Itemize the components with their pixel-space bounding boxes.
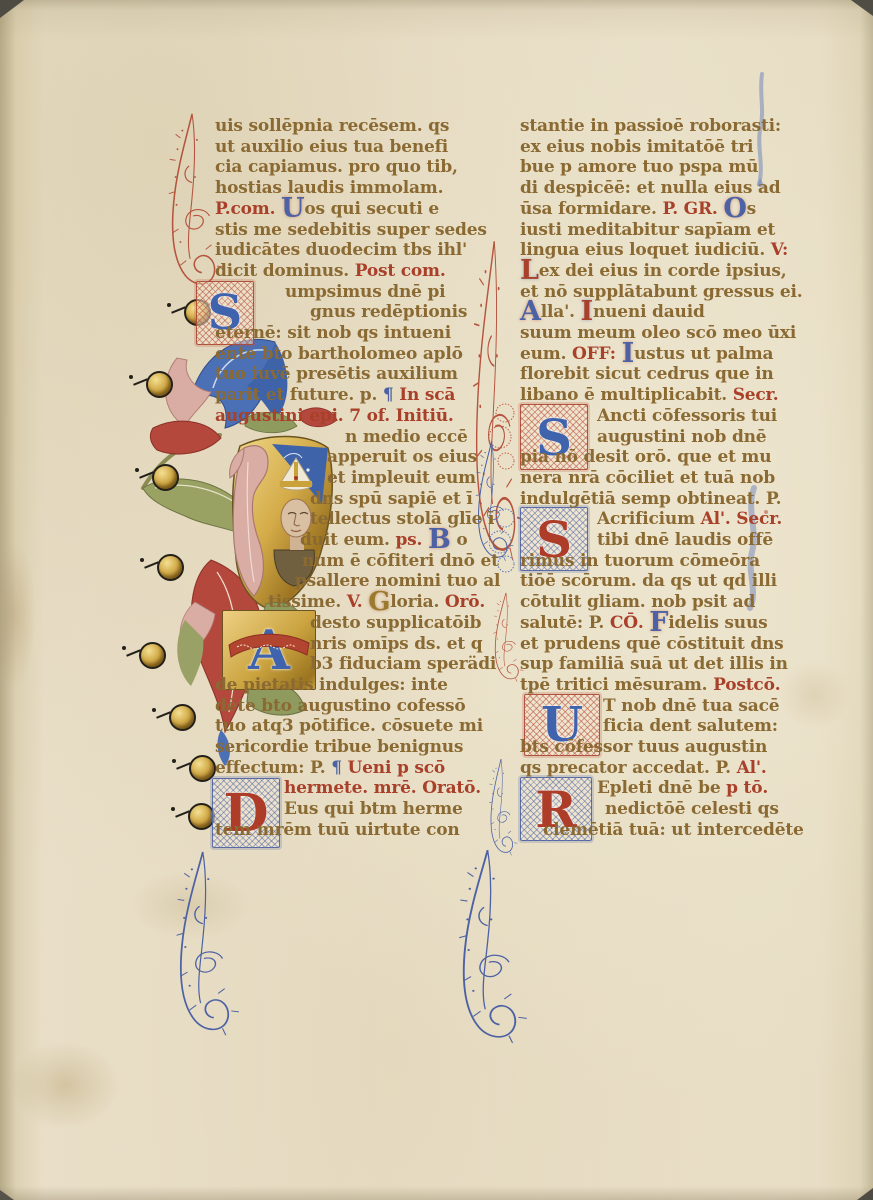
manuscript-text-line: Epleti dnē be p tō. xyxy=(597,778,768,798)
manuscript-text-line: gnus redēptionis xyxy=(310,302,467,322)
gold-ball xyxy=(169,704,196,731)
manuscript-text-line: tibi dnē laudis offē xyxy=(597,530,773,550)
penwork-cascade-blue xyxy=(170,850,240,1040)
manuscript-text-line: indulgētiā semp obtineat. P. xyxy=(520,489,781,509)
manuscript-text-line: stantie in passioē roborasti: xyxy=(520,116,781,136)
initial-adesto: A xyxy=(222,610,316,690)
manuscript-text-line: lingua eius loquet iudiciū. V: xyxy=(520,240,788,260)
manuscript-text-line: iusti meditabitur sapīam et xyxy=(520,220,775,240)
gold-ball xyxy=(152,464,179,491)
manuscript-text-line: libano ē multiplicabit. Secr. xyxy=(520,385,778,405)
manuscript-text-line: Lex dei eius in corde ipsius, xyxy=(520,261,787,281)
gold-ball xyxy=(146,371,173,398)
manuscript-text-line: nris omīps ds. et q xyxy=(310,634,482,654)
manuscript-text-line: hostias laudis immolam. xyxy=(215,178,443,198)
manuscript-text-line: clemētiā tuā: ut intercedēte xyxy=(543,820,804,840)
penwork-rosettes xyxy=(489,401,523,477)
manuscript-text-line: parit et future. p. ¶ In scā xyxy=(215,385,455,405)
manuscript-text-line: num ē cōfiteri dnō et xyxy=(302,551,499,571)
manuscript-text-line: psallere nomini tuo al xyxy=(295,571,500,591)
manuscript-text-line: sup familiā suā ut det illis in xyxy=(520,654,788,674)
manuscript-text-line: T nob dnē tua sacē xyxy=(603,696,779,716)
manuscript-text-line: Ancti cōfessoris tui xyxy=(597,406,777,426)
manuscript-text-line: tuo iuvē presētis auxilium xyxy=(215,364,458,384)
manuscript-text-line: ente bto bartholomeo aplō xyxy=(215,344,463,364)
manuscript-text-line: desto supplicatōib xyxy=(310,613,481,633)
manuscript-text-line: tissime. V. Gloria. Orō. xyxy=(268,592,485,612)
manuscript-text-line: sericordie tribue benignus xyxy=(215,737,463,757)
photo-corner xyxy=(851,0,873,16)
manuscript-text-line: duit eum. ps. B o xyxy=(300,530,467,550)
manuscript-text-line: iudicātes duodecim tbs ihl' xyxy=(215,240,467,260)
penwork-flourish-blue xyxy=(486,758,518,858)
manuscript-text-line: cia capiamus. pro quo tib, xyxy=(215,157,458,177)
manuscript-text-line: et prudens quē cōstituit dns xyxy=(520,634,784,654)
manuscript-text-line: dicit dominus. Post com. xyxy=(215,261,446,281)
manuscript-text-line: Acrificium Al'. Secr. xyxy=(597,509,782,529)
manuscript-text-line: hermete. mrē. Oratō. xyxy=(284,778,481,798)
manuscript-text-line: eum. OFF: Iustus ut palma xyxy=(520,344,773,364)
manuscript-text-line: P.com. Uos qui secuti e xyxy=(215,199,439,219)
gold-ball xyxy=(157,554,184,581)
parchment-stain xyxy=(10,1040,120,1130)
manuscript-page: S A xyxy=(0,0,873,1200)
manuscript-text-line: tem mrēm tuū uirtute con xyxy=(215,820,460,840)
manuscript-text-line: et impleuit eum xyxy=(327,468,476,488)
manuscript-text-line: cōtulit gliam. nob psit ad xyxy=(520,592,755,612)
manuscript-text-line: augustini nob dnē xyxy=(597,427,766,447)
manuscript-text-line: effectum: P. ¶ Ueni p scō xyxy=(215,758,445,778)
manuscript-text-line: eternē: sit nob qs intueni xyxy=(215,323,451,343)
manuscript-text-line: stis me sedebitis super sedes xyxy=(215,220,487,240)
manuscript-text-line: florebit sicut cedrus que in xyxy=(520,364,774,384)
manuscript-text-line: suum meum oleo scō meo ūxi xyxy=(520,323,796,343)
manuscript-text-line: tuo atq3 pōtifice. cōsuete mi xyxy=(215,716,483,736)
gold-ball xyxy=(139,642,166,669)
penwork-cascade-blue xyxy=(452,848,528,1048)
manuscript-text-line: salutē: P. CŌ. Fidelis suus xyxy=(520,613,767,633)
red-banderole xyxy=(223,611,315,689)
manuscript-text-line: rimus in tuorum cōmeōra xyxy=(520,551,760,571)
manuscript-text-line: pia nō desit orō. que et mu xyxy=(520,447,771,467)
manuscript-text-line: ex eius nobis imitatōē tri xyxy=(520,137,753,157)
manuscript-text-line: et nō supplātabunt gressus ei. xyxy=(520,282,802,302)
manuscript-text-line: tellectus stolā glīe ī xyxy=(310,509,494,529)
manuscript-text-line: bts cōfessor tuus augustin xyxy=(520,737,767,757)
manuscript-text-line: b3 fiduciam sperädi xyxy=(310,654,496,674)
manuscript-text-line: uis sollēpnia recēsem. qs xyxy=(215,116,449,136)
manuscript-text-line: apperuit os eius xyxy=(327,447,477,467)
photo-corner xyxy=(857,1188,873,1200)
parchment-stain xyxy=(780,660,850,730)
manuscript-text-line: dns spū sapiē et ī xyxy=(310,489,473,509)
parchment-stain xyxy=(0,540,36,690)
manuscript-text-line: augustini epi. 7 of. Initiū. xyxy=(215,406,454,426)
manuscript-text-line: Eus qui btm herme xyxy=(284,799,463,819)
manuscript-text-line: bue p amore tuo pspa mū xyxy=(520,157,758,177)
manuscript-text-line: n medio eccē xyxy=(345,427,468,447)
manuscript-text-line: tiōē scōrum. da qs ut qd illi xyxy=(520,571,777,591)
photo-corner xyxy=(0,1190,14,1200)
manuscript-text-line: nedictōē celesti qs xyxy=(605,799,779,819)
gold-ball xyxy=(188,803,215,830)
manuscript-text-line: qs precator accedat. P. Al'. xyxy=(520,758,767,778)
photo-corner xyxy=(0,0,24,18)
manuscript-text-line: nera nrā cōciliet et tuā nob xyxy=(520,468,775,488)
manuscript-text-line: ut auxilio eius tua benefi xyxy=(215,137,448,157)
manuscript-text-line: tpē tritici mēsuram. Postcō. xyxy=(520,675,780,695)
manuscript-text-line: umpsimus dnē pi xyxy=(285,282,445,302)
manuscript-text-line: Alla'. Inueni dauid xyxy=(520,302,705,322)
manuscript-text-line: dēte bto augustino cofessō xyxy=(215,696,466,716)
manuscript-text-line: ūsa formidare. P. GR. Os xyxy=(520,199,756,219)
manuscript-text-line: ficia dent salutem: xyxy=(603,716,778,736)
